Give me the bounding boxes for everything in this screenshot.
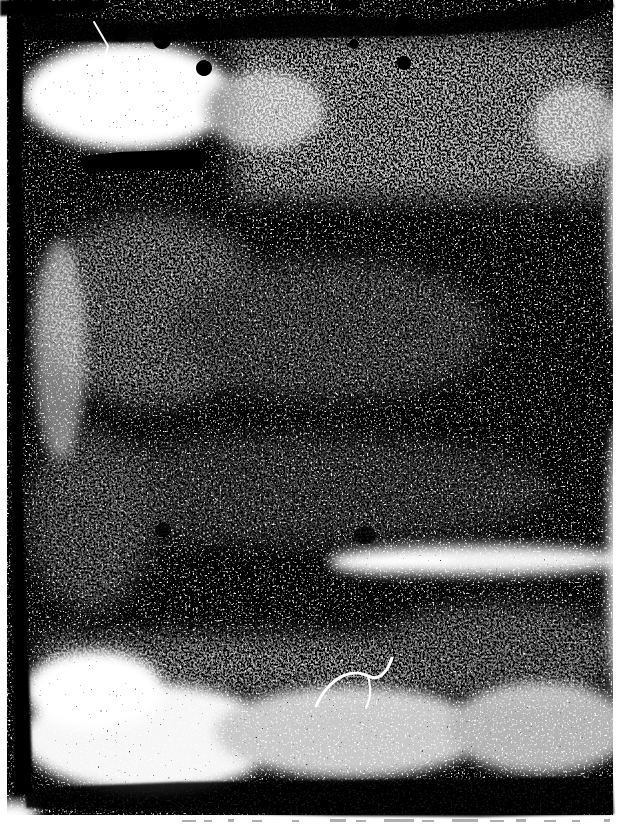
noise-light-layer <box>22 6 614 812</box>
ink-dot <box>155 523 171 537</box>
hole-punch-dot <box>395 15 415 35</box>
hole-punch-dot <box>113 26 129 42</box>
top-mark-center <box>337 0 360 9</box>
document-scan-image <box>0 0 630 827</box>
scanned-document-page <box>0 0 630 827</box>
bottom-margin <box>0 815 630 827</box>
hole-punch-dot <box>153 31 171 49</box>
hole-punch-dot <box>349 39 359 49</box>
hole-punch-dot <box>189 14 209 34</box>
left-margin <box>0 0 7 827</box>
ink-dot <box>354 526 376 544</box>
hole-punch-dot <box>196 60 212 76</box>
top-mark-right <box>547 0 561 8</box>
hole-punch-dot <box>397 56 411 70</box>
